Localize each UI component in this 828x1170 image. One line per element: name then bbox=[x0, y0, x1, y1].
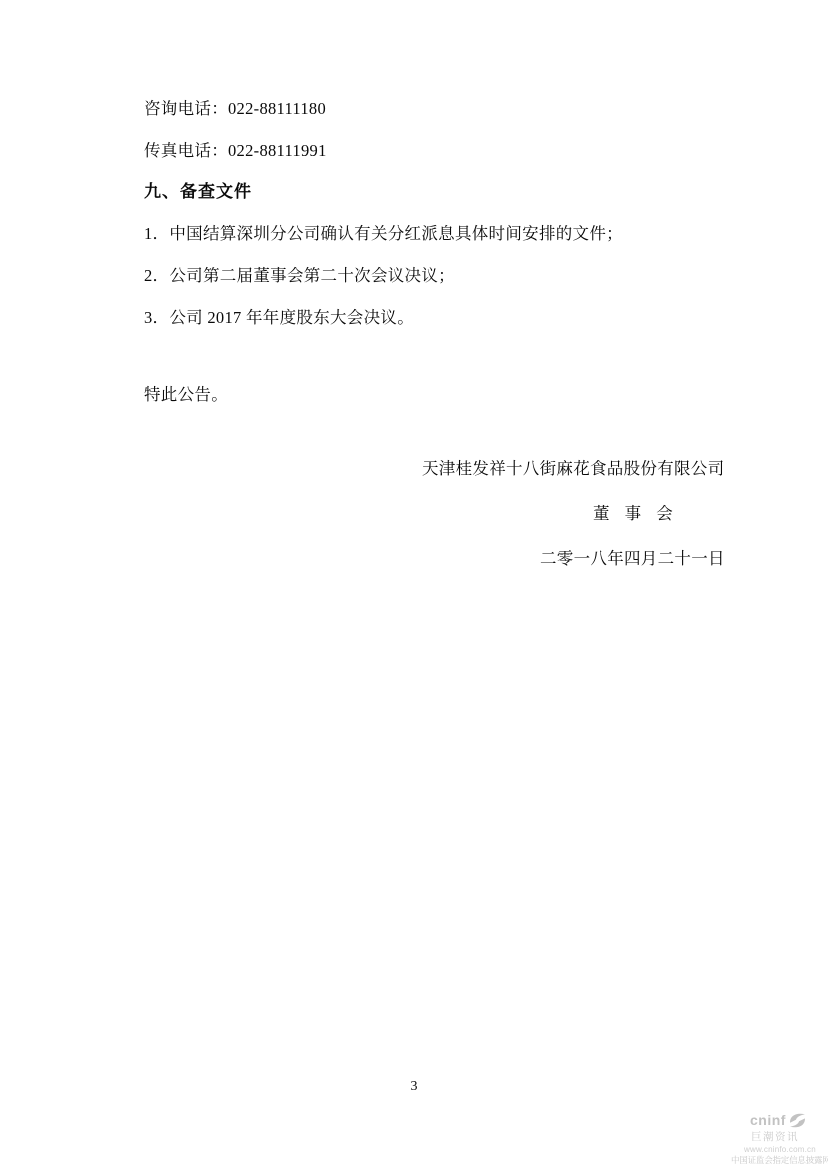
cninfo-logo: cninf bbox=[731, 1109, 827, 1131]
cninfo-watermark: cninf 巨潮资讯 www.cninfo.com.cn 中国证监会指定信息披露… bbox=[731, 1109, 827, 1165]
consult-phone-line: 咨询电话：022-88111180 bbox=[144, 97, 326, 121]
section-heading: 九、备查文件 bbox=[144, 180, 252, 204]
list-item: 1．中国结算深圳分公司确认有关分红派息具体时间安排的文件； bbox=[144, 222, 623, 246]
cninfo-url-text: www.cninfo.com.cn bbox=[731, 1145, 827, 1154]
cninfo-logo-text: cninf bbox=[750, 1113, 786, 1127]
signature-board: 董 事 会 bbox=[593, 502, 674, 526]
page-number: 3 bbox=[0, 1078, 828, 1096]
fax-phone-line: 传真电话：022-88111991 bbox=[144, 139, 327, 163]
list-item: 2．公司第二届董事会第二十次会议决议； bbox=[144, 264, 455, 288]
cninfo-swirl-icon bbox=[787, 1110, 808, 1131]
cninfo-brand-text: 巨潮资讯 bbox=[731, 1132, 827, 1143]
signature-company: 天津桂发祥十八街麻花食品股份有限公司 bbox=[422, 457, 724, 481]
list-item: 3．公司 2017 年年度股东大会决议。 bbox=[144, 306, 414, 330]
closing-statement: 特此公告。 bbox=[144, 383, 228, 407]
cninfo-tagline-text: 中国证监会指定信息披露网站 bbox=[731, 1155, 827, 1165]
signature-date: 二零一八年四月二十一日 bbox=[540, 547, 725, 571]
document-page: 咨询电话：022-88111180 传真电话：022-88111991 九、备查… bbox=[0, 0, 828, 1170]
